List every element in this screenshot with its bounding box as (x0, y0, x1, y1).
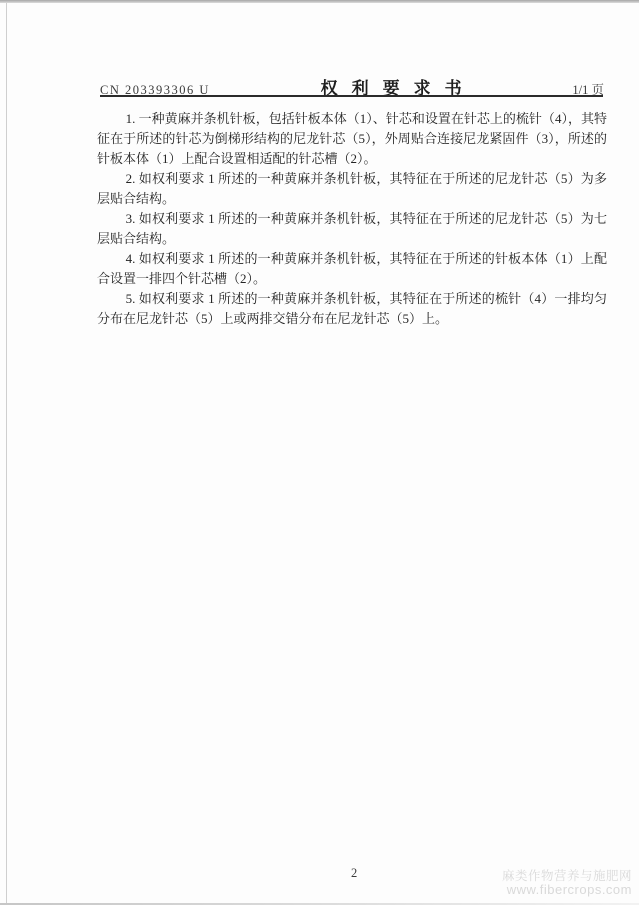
claim-paragraph: 2. 如权利要求 1 所述的一种黄麻并条机针板，其特征在于所述的尼龙针芯（5）为… (97, 169, 607, 209)
patent-claims-page: CN 203393306 U 权利要求书 1/1 页 1. 一种黄麻并条机针板，… (0, 0, 639, 905)
watermark-site-name: 麻类作物营养与施肥网 (502, 869, 632, 883)
claim-paragraph: 5. 如权利要求 1 所述的一种黄麻并条机针板，其特征在于所述的梳针（4）一排均… (97, 289, 607, 329)
header-rule (100, 95, 603, 97)
claim-paragraph: 4. 如权利要求 1 所述的一种黄麻并条机针板，其特征在于所述的针板本体（1）上… (97, 249, 607, 289)
page-number: 2 (351, 866, 357, 881)
scan-edge-left (6, 3, 7, 905)
watermark: 麻类作物营养与施肥网 www.fibercrops.com (502, 869, 632, 897)
watermark-site-url: www.fibercrops.com (502, 883, 632, 897)
claim-paragraph: 1. 一种黄麻并条机针板，包括针板本体（1）、针芯和设置在针芯上的梳针（4），其… (97, 109, 607, 169)
claims-section: 1. 一种黄麻并条机针板，包括针板本体（1）、针芯和设置在针芯上的梳针（4），其… (97, 109, 607, 329)
scan-edge-top (0, 0, 639, 3)
claim-paragraph: 3. 如权利要求 1 所述的一种黄麻并条机针板，其特征在于所述的尼龙针芯（5）为… (97, 209, 607, 249)
